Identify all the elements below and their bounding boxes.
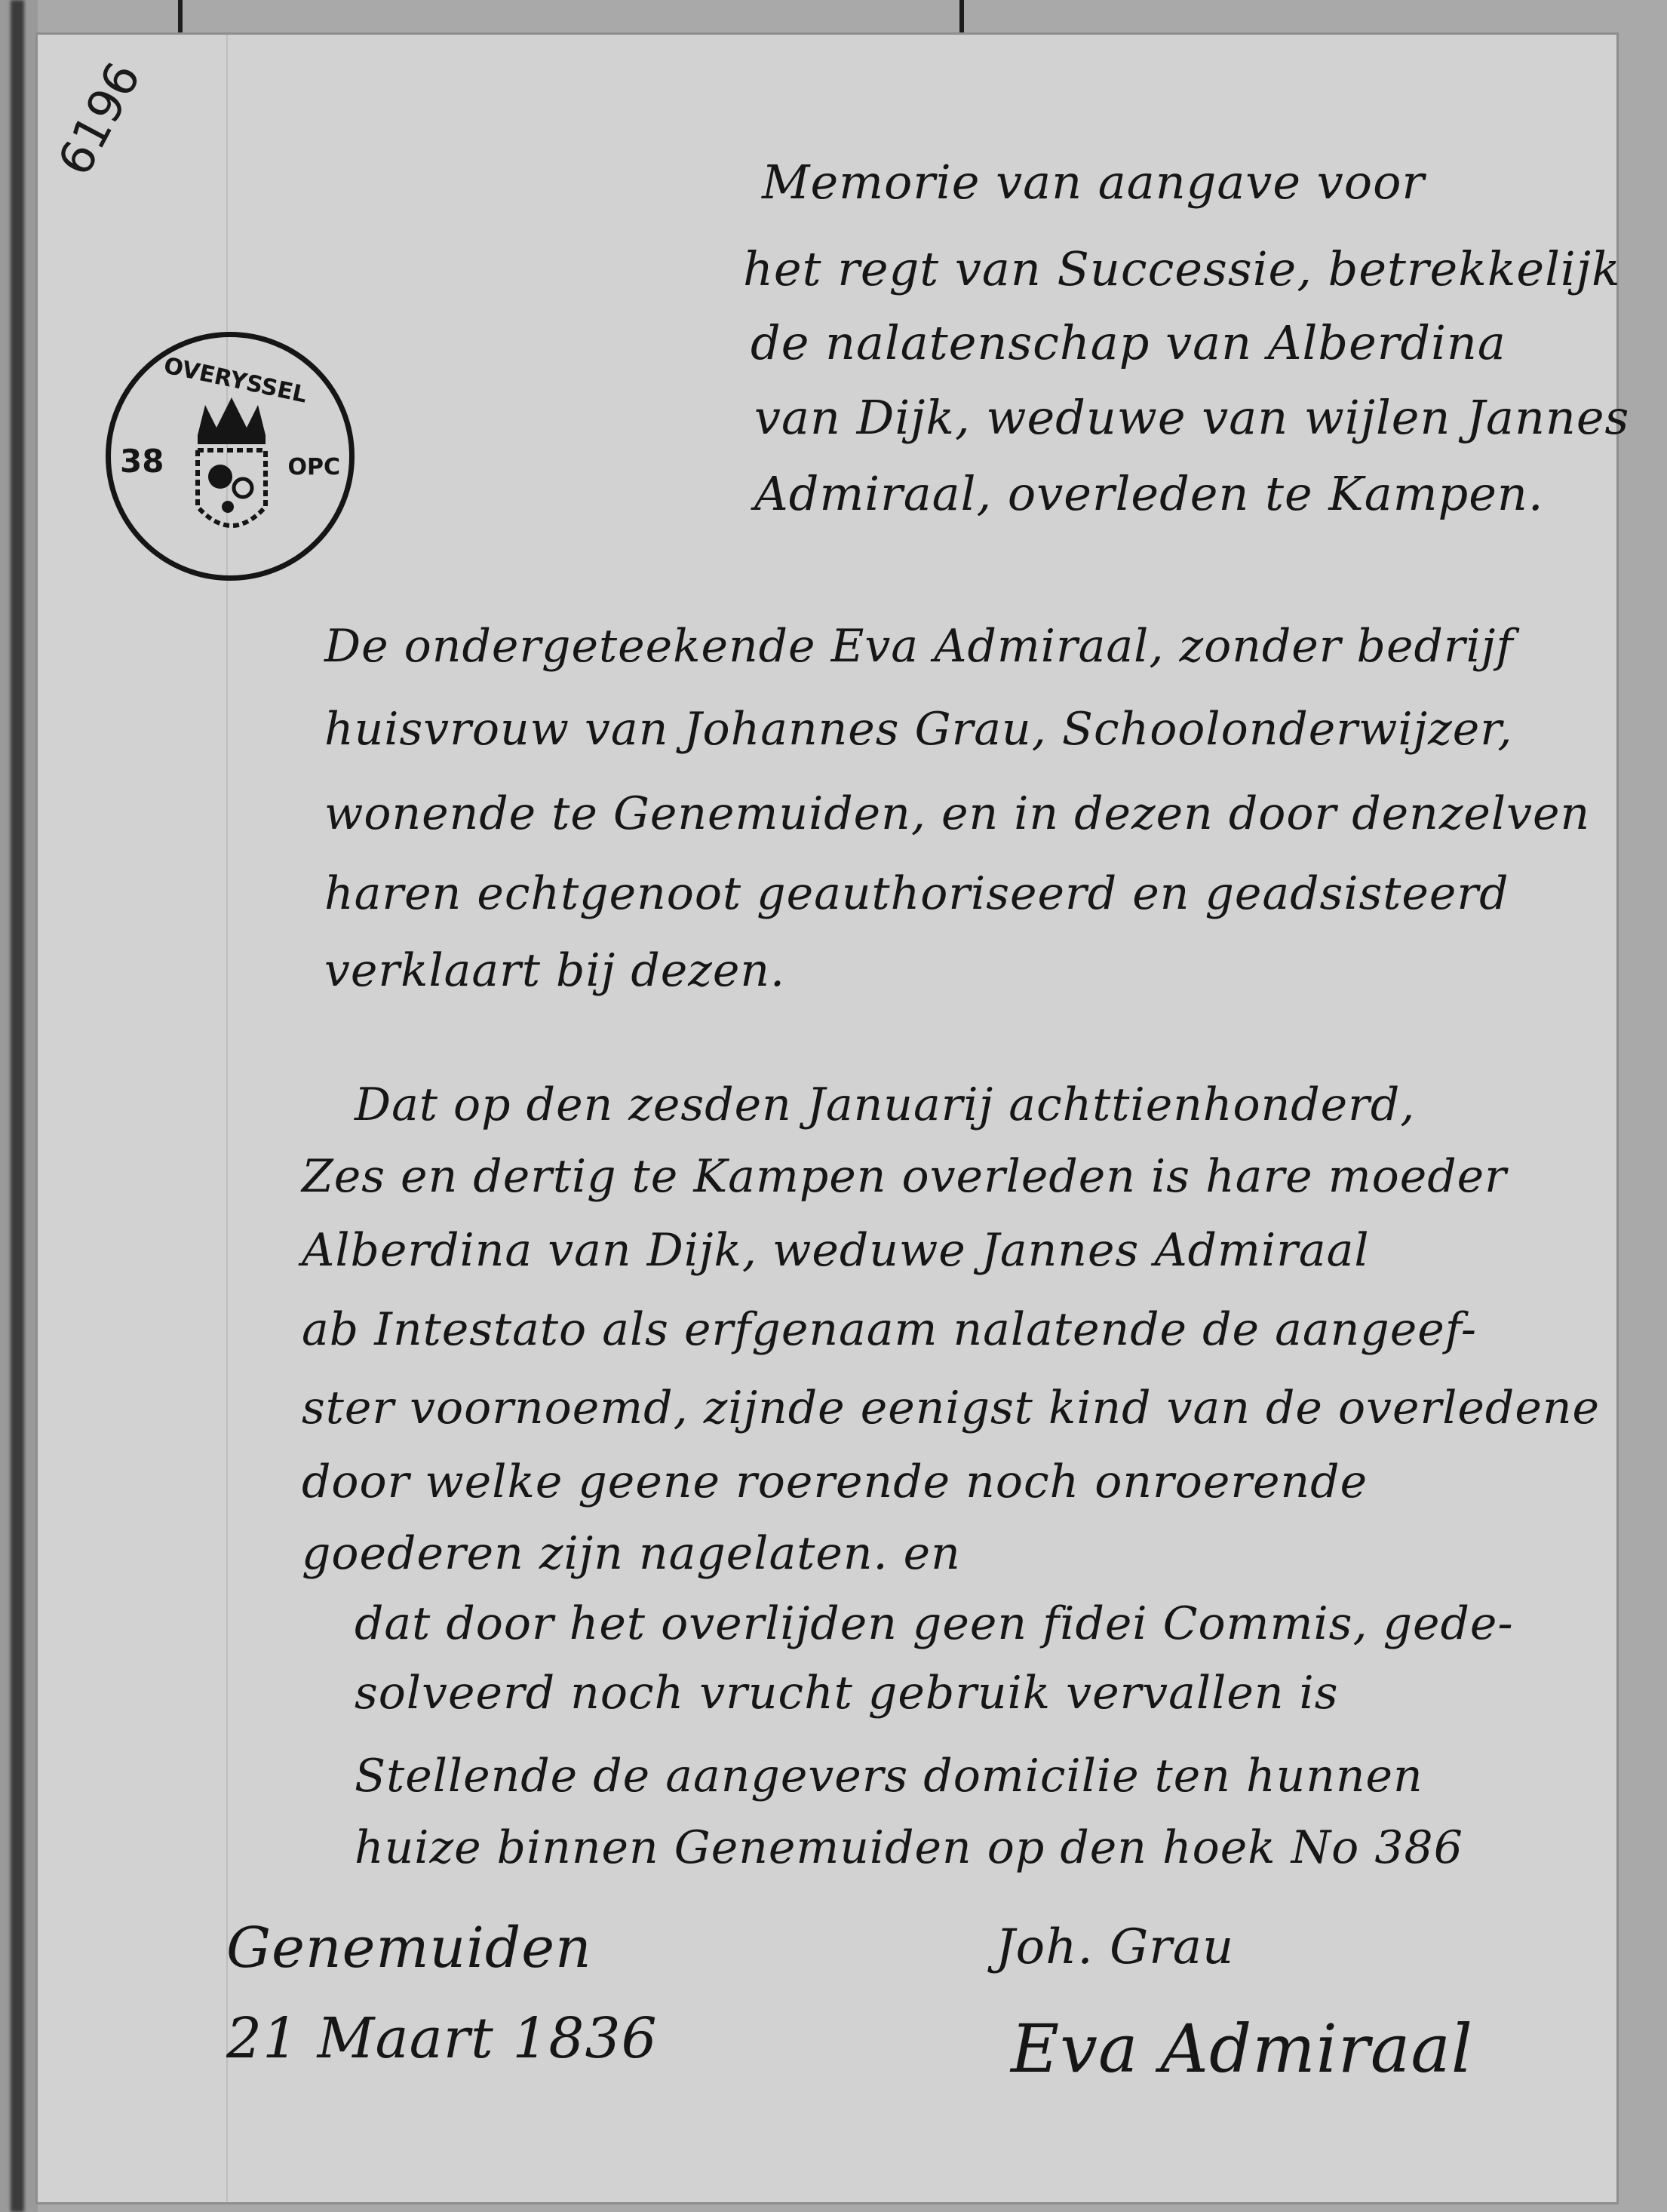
title-line: de nalatenschap van Alberdina (751, 315, 1506, 370)
crowned-coat-of-arms-icon (186, 394, 277, 545)
body-line: Alberdina van Dijk, weduwe Jannes Admira… (302, 1224, 1370, 1277)
body-line: huize binnen Genemuiden op den hoek No 3… (355, 1821, 1463, 1874)
body-line: ster voornoemd, zijnde eenigst kind van … (302, 1382, 1600, 1434)
tax-stamp: OVERYSSEL 38 OPC (106, 332, 355, 581)
body-line: wonende te Genemuiden, en in dezen door … (324, 787, 1590, 840)
body-line: dat door het overlijden geen fidei Commi… (355, 1597, 1514, 1650)
signature-joh-grau: Joh. Grau (996, 1919, 1234, 1975)
body-line: De ondergeteekende Eva Admiraal, zonder … (324, 620, 1514, 673)
body-line: door welke geene roerende noch onroerend… (302, 1456, 1368, 1508)
body-line: Dat op den zesden Januarij achttienhonde… (355, 1078, 1415, 1131)
title-line: Memorie van aangave voor (762, 155, 1425, 210)
body-line: goederen zijn nagelaten. en (302, 1527, 961, 1580)
ruling-line (959, 0, 964, 38)
body-line: solveerd noch vrucht gebruik vervallen i… (355, 1667, 1339, 1720)
title-line: van Dijk, weduwe van wijlen Jannes (754, 390, 1629, 445)
signature-eva-admiraal: Eva Admiraal (1011, 2010, 1473, 2088)
binding-line (11, 0, 24, 2212)
ruling-line (178, 0, 183, 38)
body-line: ab Intestato als erfgenaam nalatende de … (302, 1303, 1477, 1356)
stamp-code: OPC (287, 454, 340, 480)
stamp-value: 38 (120, 443, 164, 480)
title-line: Admiraal, overleden te Kampen. (754, 466, 1544, 521)
place-of-signing: Genemuiden (226, 1916, 592, 1980)
body-line: verklaart bij dezen. (324, 944, 785, 997)
body-line: haren echtgenoot geauthoriseerd en geads… (324, 867, 1509, 920)
body-line: Stellende de aangevers domicilie ten hun… (355, 1750, 1423, 1802)
body-line: Zes en dertig te Kampen overleden is har… (302, 1150, 1507, 1203)
body-line: huisvrouw van Johannes Grau, Schoolonder… (324, 703, 1512, 756)
date-of-signing: 21 Maart 1836 (226, 2006, 658, 2071)
title-line: het regt van Successie, betrekkelijk (743, 241, 1621, 296)
